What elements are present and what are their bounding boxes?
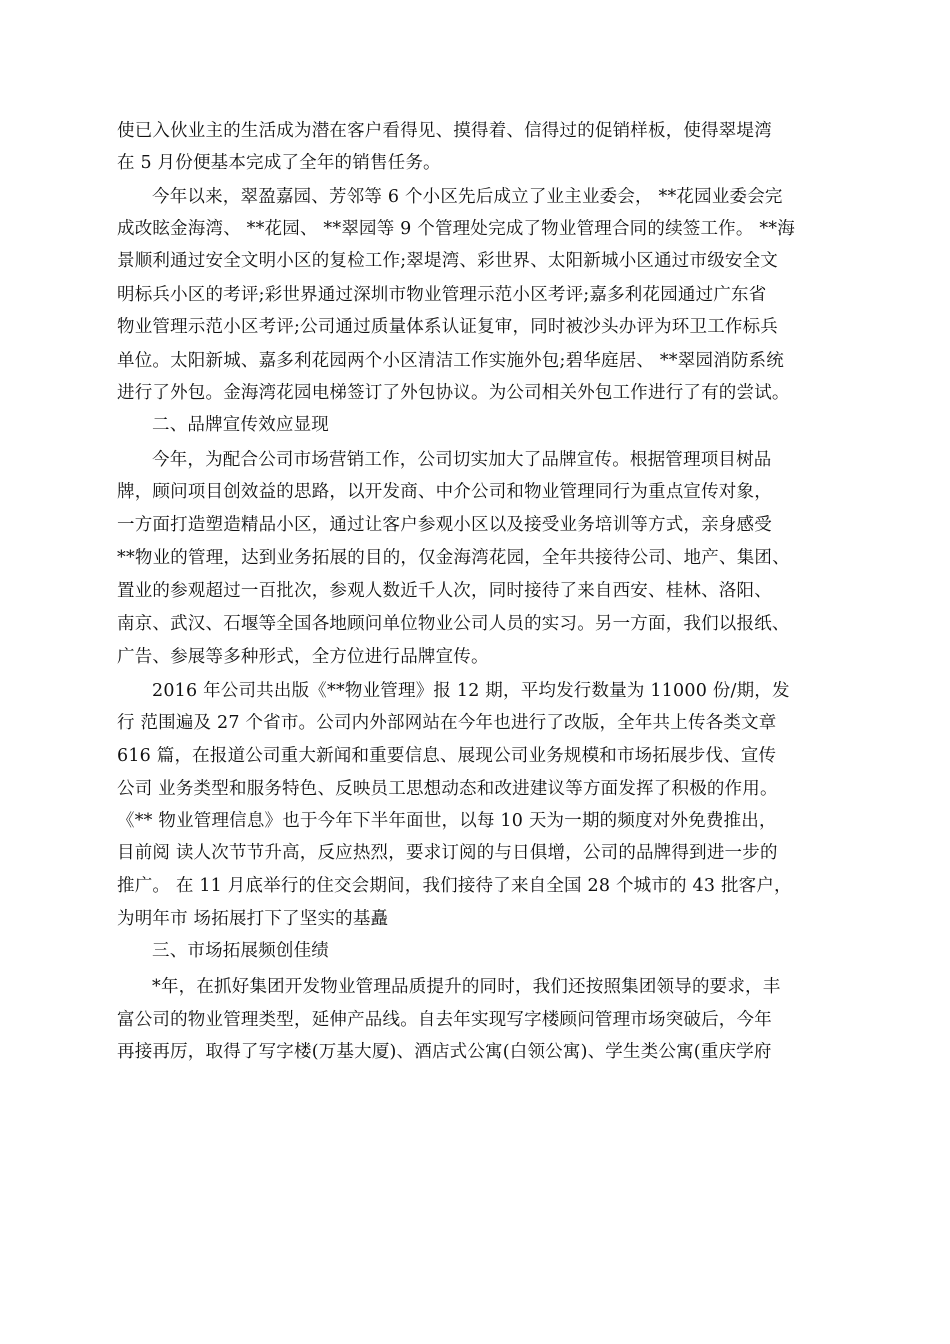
- paragraph-line: 置业的参观超过一百批次，参观人数近千人次，同时接待了来自西安、桂林、洛阳、: [117, 580, 772, 602]
- paragraph-line: 616 篇，在报道公司重大新闻和重要信息、展现公司业务规模和市场拓展步伐、宣传: [117, 745, 776, 767]
- paragraph-line: 在 5 月份便基本完成了全年的销售任务。: [117, 152, 441, 174]
- paragraph-line: 2016 年公司共出版《**物业管理》报 12 期，平均发行数量为 11000 …: [152, 680, 790, 702]
- paragraph-line: 富公司的物业管理类型，延伸产品线。自去年实现写字楼顾问管理市场突破后，今年: [117, 1009, 772, 1031]
- paragraph-line: 《** 物业管理信息》也于今年下半年面世，以每 10 天为一期的频度对外免费推出…: [117, 810, 777, 832]
- paragraph-line: 再接再厉，取得了写字楼(万基大厦)、酒店式公寓(白领公寓)、学生类公寓(重庆学府: [117, 1041, 772, 1063]
- paragraph-line: 行 范围遍及 27 个省市。公司内外部网站在今年也进行了改版，全年共上传各类文章: [117, 712, 776, 734]
- paragraph-line: 公司 业务类型和服务特色、反映员工思想动态和改进建议等方面发挥了积极的作用。: [117, 778, 778, 800]
- paragraph-line: 推广。 在 11 月底举行的住交会期间，我们接待了来自全国 28 个城市的 43…: [117, 875, 792, 897]
- paragraph-line: 目前阅 读人次节节升高，反应热烈，要求订阅的与日俱增，公司的品牌得到进一步的: [117, 842, 778, 864]
- paragraph-line: **物业的管理，达到业务拓展的目的，仅金海湾花园，全年共接待公司、地产、集团、: [117, 547, 790, 569]
- paragraph-line: 景顺利通过安全文明小区的复检工作;翠堤湾、彩世界、太阳新城小区通过市级安全文: [117, 250, 778, 272]
- paragraph-line: 使已入伙业主的生活成为潜在客户看得见、摸得着、信得过的促销样板，使得翠堤湾: [117, 120, 772, 142]
- section-heading-market: 三、市场拓展频创佳绩: [152, 940, 329, 962]
- paragraph-line: 牌，顾问项目创效益的思路，以开发商、中介公司和物业管理同行为重点宣传对象，: [117, 481, 772, 503]
- paragraph-line: *年，在抓好集团开发物业管理品质提升的同时，我们还按照集团领导的要求，丰: [152, 976, 780, 998]
- paragraph-line: 今年以来，翠盈嘉园、芳邻等 6 个小区先后成立了业主业委会， **花园业委会完: [152, 186, 783, 208]
- paragraph-line: 进行了外包。金海湾花园电梯签订了外包协议。为公司相关外包工作进行了有的尝试。: [117, 382, 790, 404]
- paragraph-line: 物业管理示范小区考评;公司通过质量体系认证复审，同时被沙头办评为环卫工作标兵: [117, 316, 778, 338]
- paragraph-line: 广告、参展等多种形式，全方位进行品牌宣传。: [117, 646, 489, 668]
- paragraph-line: 成改眩金海湾、 **花园、 **翠园等 9 个管理处完成了物业管理合同的续签工作…: [117, 218, 795, 240]
- paragraph-line: 今年，为配合公司市场营销工作，公司切实加大了品牌宣传。根据管理项目树品: [152, 449, 772, 471]
- section-heading-brand: 二、品牌宣传效应显现: [152, 414, 329, 436]
- paragraph-line: 明标兵小区的考评;彩世界通过深圳市物业管理示范小区考评;嘉多利花园通过广东省: [117, 284, 766, 306]
- paragraph-line: 为明年市 场拓展打下了坚实的基矗: [117, 908, 388, 930]
- paragraph-line: 一方面打造塑造精品小区，通过让客户参观小区以及接受业务培训等方式，亲身感受: [117, 514, 772, 536]
- document-page: 使已入伙业主的生活成为潜在客户看得见、摸得着、信得过的促销样板，使得翠堤湾 在 …: [0, 0, 950, 1344]
- paragraph-line: 单位。太阳新城、嘉多利花园两个小区清洁工作实施外包;碧华庭居、 **翠园消防系统: [117, 350, 784, 372]
- paragraph-line: 南京、武汉、石堰等全国各地顾问单位物业公司人员的实习。另一方面，我们以报纸、: [117, 613, 790, 635]
